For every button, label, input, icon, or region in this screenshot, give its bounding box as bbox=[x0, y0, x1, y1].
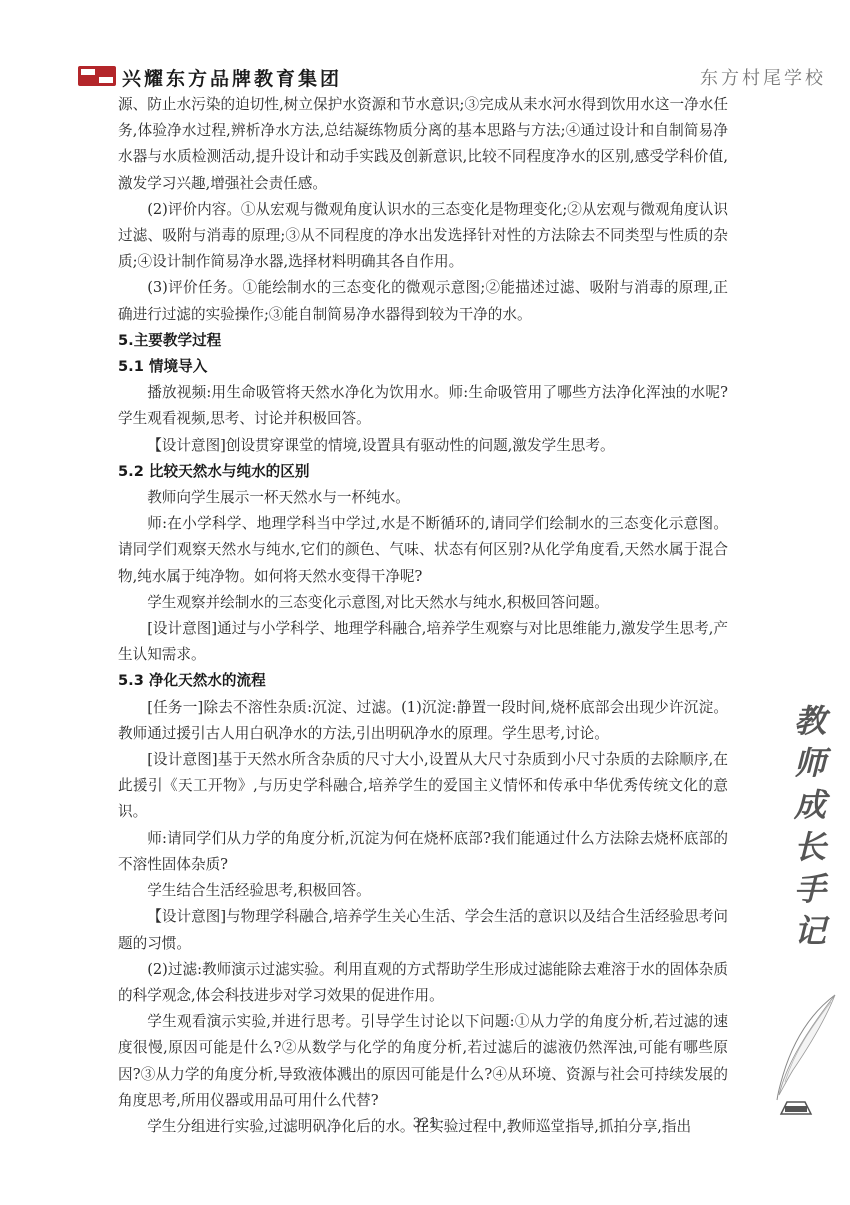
quill-inkwell-icon bbox=[765, 990, 845, 1120]
paragraph: [设计意图]通过与小学科学、地理学科融合,培养学生观察与对比思维能力,激发学生思… bbox=[118, 616, 728, 668]
paragraph: (3)评价任务。①能绘制水的三态变化的微观示意图;②能描述过滤、吸附与消毒的原理… bbox=[118, 275, 728, 327]
section-heading: 5.3 净化天然水的流程 bbox=[118, 668, 728, 694]
page-header: 兴耀东方品牌教育集团 东方村尾学校 bbox=[0, 0, 850, 92]
paragraph: (2)评价内容。①从宏观与微观角度认识水的三态变化是物理变化;②从宏观与微观角度… bbox=[118, 197, 728, 276]
paragraph: 【设计意图]创设贯穿课堂的情境,设置具有驱动性的问题,激发学生思考。 bbox=[118, 433, 728, 459]
paragraph: 教师向学生展示一杯天然水与一杯纯水。 bbox=[118, 485, 728, 511]
sidebar-title-char: 教 bbox=[775, 700, 845, 742]
brand-name: 兴耀东方品牌教育集团 bbox=[122, 64, 342, 91]
paragraph: 学生结合生活经验思考,积极回答。 bbox=[118, 878, 728, 904]
paragraph: 学生观看演示实验,并进行思考。引导学生讨论以下问题:①从力学的角度分析,若过滤的… bbox=[118, 1009, 728, 1114]
sidebar-title-char: 记 bbox=[775, 910, 845, 952]
paragraph: 源、防止水污染的迫切性,树立保护水资源和节水意识;③完成从耒水河水得到饮用水这一… bbox=[118, 92, 728, 197]
paragraph: [设计意图]基于天然水所含杂质的尺寸大小,设置从大尺寸杂质到小尺寸杂质的去除顺序… bbox=[118, 747, 728, 826]
document-body: 源、防止水污染的迫切性,树立保护水资源和节水意识;③完成从耒水河水得到饮用水这一… bbox=[118, 92, 728, 1140]
paragraph: 播放视频:用生命吸管将天然水净化为饮用水。师:生命吸管用了哪些方法净化浑浊的水呢… bbox=[118, 380, 728, 432]
paragraph: 师:请同学们从力学的角度分析,沉淀为何在烧杯底部?我们能通过什么方法除去烧杯底部… bbox=[118, 826, 728, 878]
paragraph: 【设计意图]与物理学科融合,培养学生关心生活、学会生活的意识以及结合生活经验思考… bbox=[118, 904, 728, 956]
paragraph: [任务一]除去不溶性杂质:沉淀、过滤。(1)沉淀:静置一段时间,烧杯底部会出现少… bbox=[118, 695, 728, 747]
sidebar-title-char: 手 bbox=[775, 868, 845, 910]
paragraph: 师:在小学科学、地理学科当中学过,水是不断循环的,请同学们绘制水的三态变化示意图… bbox=[118, 511, 728, 590]
sidebar-title-char: 成 bbox=[775, 784, 845, 826]
section-heading: 5.1 情境导入 bbox=[118, 354, 728, 380]
brand-logo-icon bbox=[78, 66, 116, 86]
sidebar-title: 教师成长手记 bbox=[775, 700, 845, 952]
sidebar-title-char: 师 bbox=[775, 742, 845, 784]
sidebar-title-char: 长 bbox=[775, 826, 845, 868]
paragraph: 学生观察并绘制水的三态变化示意图,对比天然水与纯水,积极回答问题。 bbox=[118, 590, 728, 616]
section-heading: 5.主要教学过程 bbox=[118, 328, 728, 354]
page-number: 321 bbox=[0, 1116, 850, 1131]
paragraph: (2)过滤:教师演示过滤实验。利用直观的方式帮助学生形成过滤能除去难溶于水的固体… bbox=[118, 957, 728, 1009]
section-heading: 5.2 比较天然水与纯水的区别 bbox=[118, 459, 728, 485]
school-name: 东方村尾学校 bbox=[700, 64, 826, 90]
